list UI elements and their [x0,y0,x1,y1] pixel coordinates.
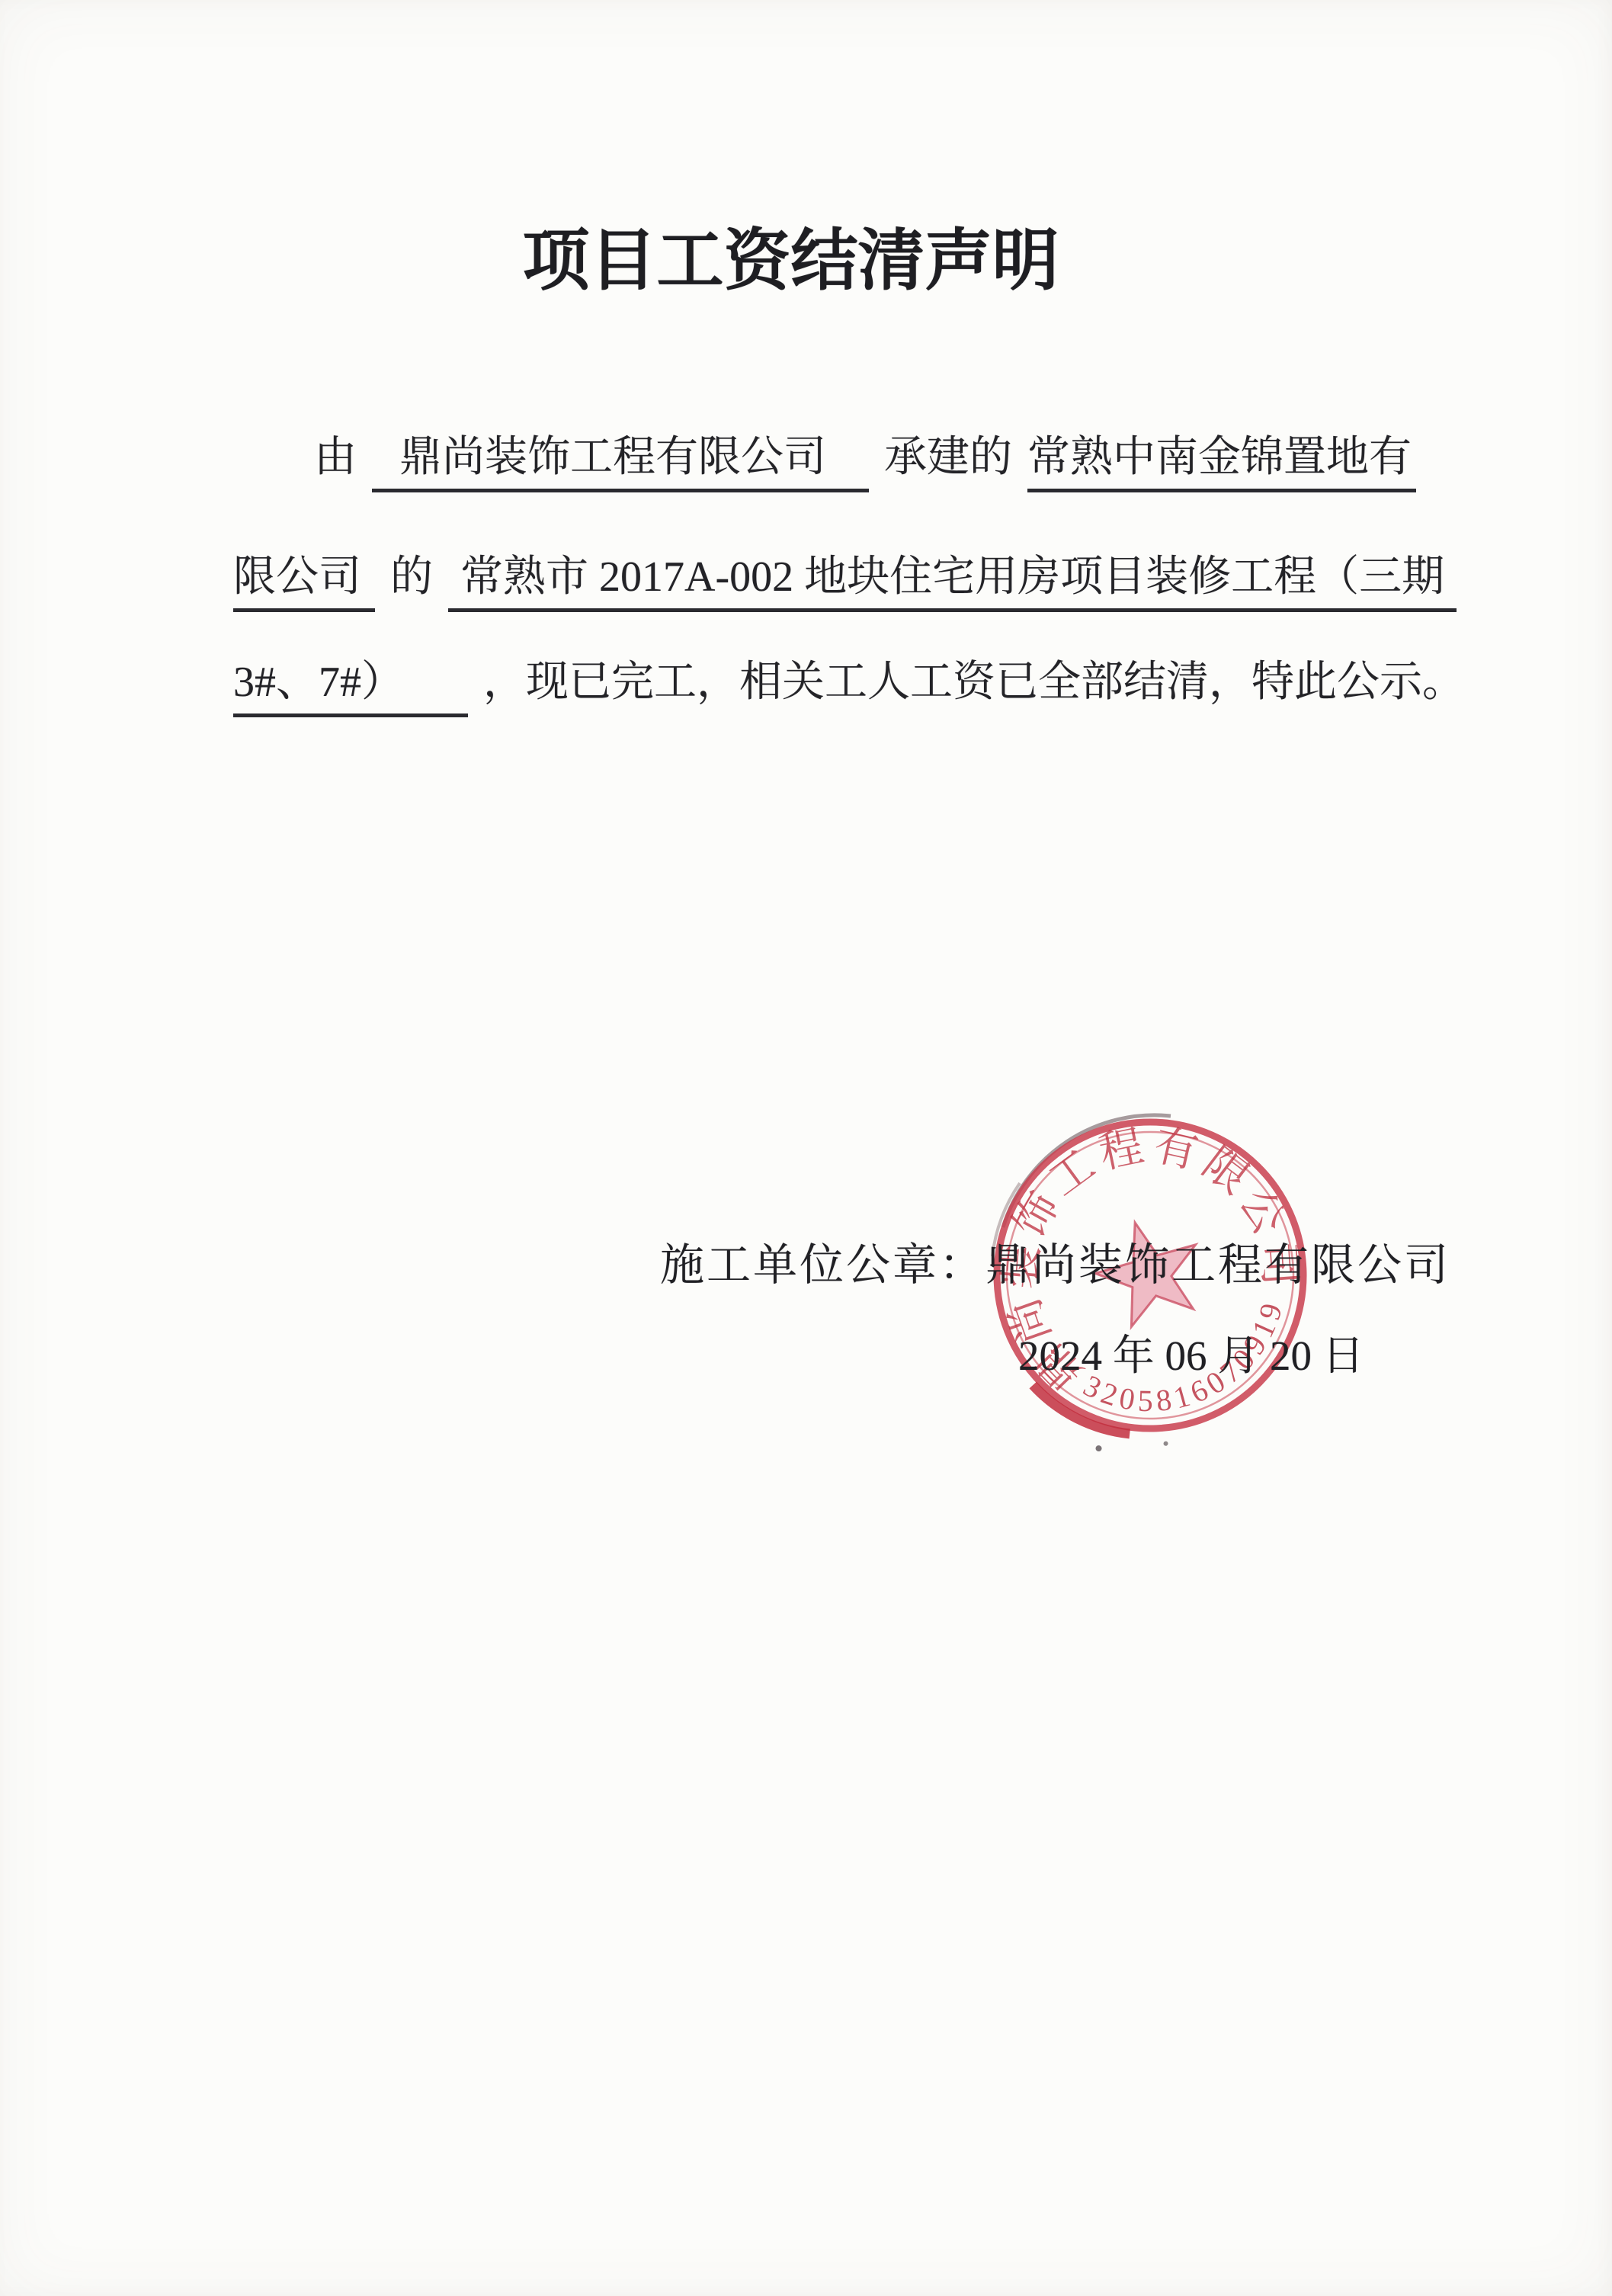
date-text: 2024 年 06 月 20 日 [1018,1322,1364,1382]
signature-label: 施工单位公章： [660,1240,985,1290]
signature-line: 施工单位公章：鼎尚装饰工程有限公司 [660,1229,1450,1293]
paragraph-line: 限公司的常熟市 2017A-002 地块住宅用房项目装修工程（三期 [233,553,1457,612]
document-page: 项目工资结清声明 由鼎尚装饰工程有限公司承建的常熟中南金锦置地有限公司的常熟市 … [0,0,1612,2296]
text-segment: 承建的 [884,433,1012,482]
underlined-field: 限公司 [233,553,375,612]
paragraph-line: 由鼎尚装饰工程有限公司承建的常熟中南金锦置地有 [314,433,1416,492]
signature-company: 鼎尚装饰工程有限公司 [985,1240,1450,1290]
text-segment: ，现已完工，相关工人工资已全部结清，特此公示。 [483,658,1465,707]
text-segment: 由 [314,433,357,482]
underlined-field: 鼎尚装饰工程有限公司 [372,433,869,492]
underlined-field: 常熟市 2017A-002 地块住宅用房项目装修工程（三期 [448,553,1457,612]
ink-speck [1163,1441,1169,1447]
text-segment: 的 [390,553,433,601]
paragraph-line: 3#、7#），现已完工，相关工人工资已全部结清，特此公示。 [233,658,1465,717]
underlined-field: 3#、7#） [233,658,468,717]
ink-speck [1094,1445,1103,1451]
document-title: 项目工资结清声明 [0,207,1582,303]
underlined-field: 常熟中南金锦置地有 [1027,433,1416,492]
